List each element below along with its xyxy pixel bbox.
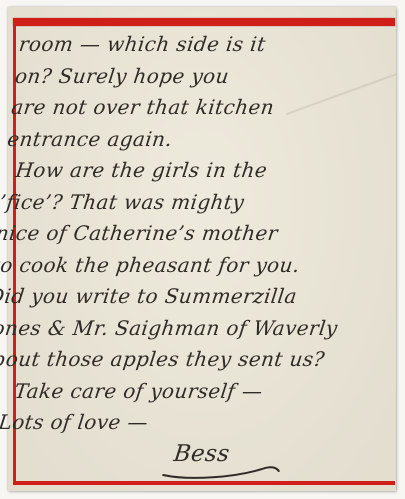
handwritten-line: Lots of love — — [0, 407, 344, 439]
handwritten-line: on? Surely hope you — [13, 61, 386, 93]
scan-background: { "page": { "background_color": "#f7f6f3… — [0, 0, 405, 499]
handwritten-line: Jones & Mr. Saighman of Waverly — [0, 313, 355, 345]
letter-paper: room — which side is it on? Surely hope … — [8, 7, 396, 491]
handwritten-line: ’fice’? That was mighty — [0, 187, 371, 219]
handwritten-line: nice of Catherine’s mother — [0, 218, 367, 250]
handwritten-line: are not over that kitchen — [9, 92, 382, 124]
letter-body: room — which side is it on? Surely hope … — [0, 29, 390, 479]
handwritten-line: How are the girls in the — [2, 155, 375, 187]
signature-row: Bess — [0, 439, 340, 479]
signature-flourish — [161, 463, 283, 481]
handwritten-line: room — which side is it — [17, 29, 390, 61]
red-rule-bottom — [13, 481, 395, 485]
handwritten-line: Did you write to Summerzilla — [0, 281, 359, 313]
handwritten-line: about those apples they sent us? — [0, 344, 351, 376]
handwritten-line: to cook the pheasant for you. — [0, 250, 363, 282]
handwritten-line: Take care of yourself — — [0, 376, 347, 408]
handwritten-line: entrance again. — [6, 124, 379, 156]
red-rule-top — [13, 18, 395, 26]
